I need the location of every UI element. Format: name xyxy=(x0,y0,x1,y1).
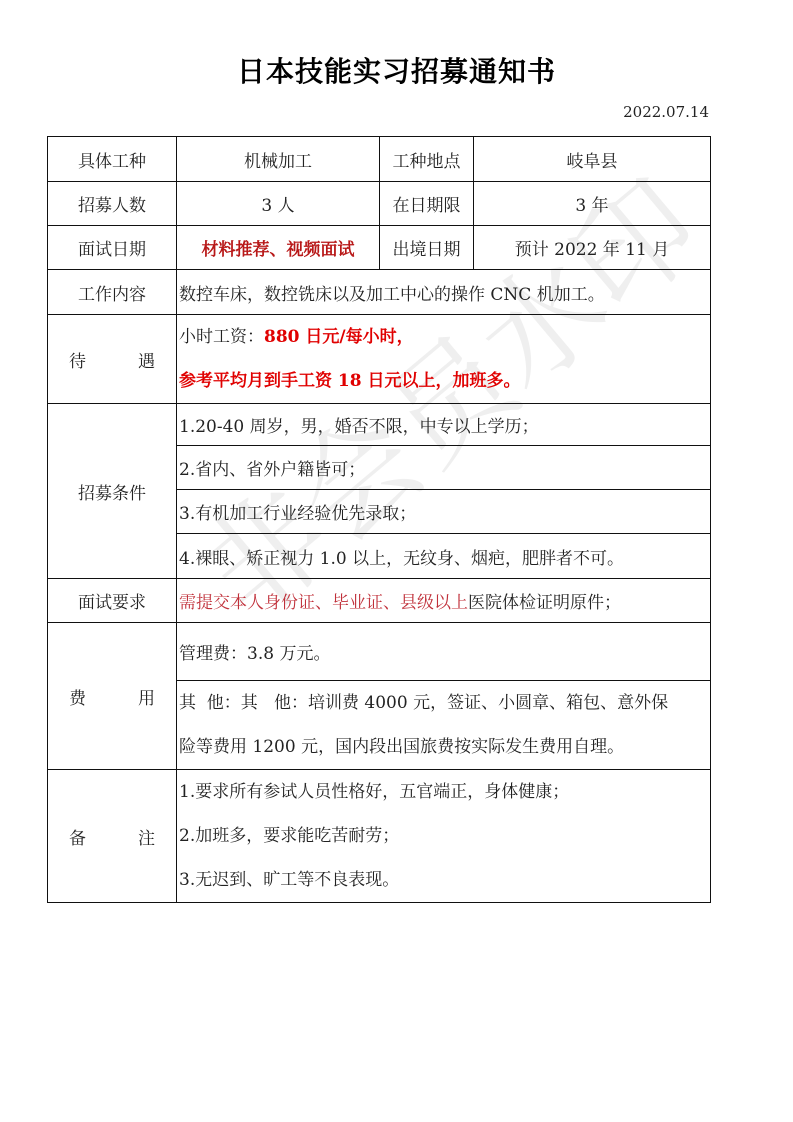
table-row: 工作内容 数控车床，数控铣床以及加工中心的操作 CNC 机加工。 xyxy=(48,270,711,315)
departure-value: 预计 2022 年 11 月 xyxy=(474,226,711,270)
fees-other: 其 他：其 他：培训费 4000 元，签证、小圆章、箱包、意外保 险等费用 12… xyxy=(177,681,711,770)
table-row: 招募人数 3 人 在日期限 3 年 xyxy=(48,182,711,226)
headcount-label: 招募人数 xyxy=(48,182,177,226)
table-row: 备注 1.要求所有参试人员性格好，五官端正，身体健康； 2.加班多，要求能吃苦耐… xyxy=(48,770,711,903)
table-row: 面试要求 需提交本人身份证、毕业证、县级以上医院体检证明原件； xyxy=(48,579,711,623)
interview-date-value: 材料推荐、视频面试 xyxy=(177,226,380,270)
notes-label-char-1: 备 xyxy=(69,829,86,849)
job-type-value: 机械加工 xyxy=(177,137,380,182)
interview-date-label: 面试日期 xyxy=(48,226,177,270)
departure-label: 出境日期 xyxy=(380,226,474,270)
requirement-item: 3.有机加工行业经验优先录取； xyxy=(177,490,711,534)
pay-monthly-line: 参考平均月到手工资 18 日元以上，加班多。 xyxy=(179,359,710,403)
fees-label-char-1: 费 xyxy=(69,689,86,709)
pay-label-char-2: 遇 xyxy=(138,352,155,372)
table-row: 费用 管理费：3.8 万元。 xyxy=(48,623,711,681)
note-item: 2.加班多，要求能吃苦耐劳； xyxy=(179,814,710,858)
interview-req-value: 需提交本人身份证、毕业证、县级以上医院体检证明原件； xyxy=(177,579,711,623)
table-row: 具体工种 机械加工 工种地点 岐阜县 xyxy=(48,137,711,182)
interview-req-label: 面试要求 xyxy=(48,579,177,623)
requirement-item: 1.20-40 周岁，男，婚否不限，中专以上学历； xyxy=(177,404,711,446)
fees-management: 管理费：3.8 万元。 xyxy=(177,623,711,681)
work-content-value: 数控车床，数控铣床以及加工中心的操作 CNC 机加工。 xyxy=(177,270,711,315)
fees-label: 费用 xyxy=(48,623,177,770)
document-date: 2022.07.14 xyxy=(623,103,709,121)
notes-cell: 1.要求所有参试人员性格好，五官端正，身体健康； 2.加班多，要求能吃苦耐劳； … xyxy=(177,770,711,903)
notes-label: 备注 xyxy=(48,770,177,903)
table-row: 待遇 小时工资：880 日元/每小时， 参考平均月到手工资 18 日元以上，加班… xyxy=(48,315,711,404)
fees-other-line-1: 其 他：其 他：培训费 4000 元，签证、小圆章、箱包、意外保 xyxy=(179,681,710,725)
requirements-label: 招募条件 xyxy=(48,404,177,579)
location-value: 岐阜县 xyxy=(474,137,711,182)
headcount-value: 3 人 xyxy=(177,182,380,226)
pay-cell: 小时工资：880 日元/每小时， 参考平均月到手工资 18 日元以上，加班多。 xyxy=(177,315,711,404)
recruitment-table: 具体工种 机械加工 工种地点 岐阜县 招募人数 3 人 在日期限 3 年 面试日… xyxy=(47,136,711,903)
interview-req-medical: 医院体检证明原件； xyxy=(468,593,621,613)
pay-hourly-prefix: 小时工资： xyxy=(179,327,264,347)
requirement-item: 4.裸眼、矫正视力 1.0 以上，无纹身、烟疤，肥胖者不可。 xyxy=(177,534,711,579)
notes-label-char-2: 注 xyxy=(138,829,155,849)
term-label: 在日期限 xyxy=(380,182,474,226)
interview-req-documents: 需提交本人身份证、毕业证、县级以上 xyxy=(179,593,468,613)
term-value: 3 年 xyxy=(474,182,711,226)
pay-hourly-line: 小时工资：880 日元/每小时， xyxy=(179,315,710,359)
document-title: 日本技能实习招募通知书 xyxy=(0,50,793,90)
fees-other-line-2: 险等费用 1200 元，国内段出国旅费按实际发生费用自理。 xyxy=(179,725,710,769)
pay-hourly-value: 880 日元/每小时， xyxy=(264,327,414,347)
note-item: 1.要求所有参试人员性格好，五官端正，身体健康； xyxy=(179,770,710,814)
location-label: 工种地点 xyxy=(380,137,474,182)
note-item: 3.无迟到、旷工等不良表现。 xyxy=(179,858,710,902)
work-content-label: 工作内容 xyxy=(48,270,177,315)
pay-label: 待遇 xyxy=(48,315,177,404)
job-type-label: 具体工种 xyxy=(48,137,177,182)
fees-label-char-2: 用 xyxy=(138,689,155,709)
table-row: 面试日期 材料推荐、视频面试 出境日期 预计 2022 年 11 月 xyxy=(48,226,711,270)
requirement-item: 2.省内、省外户籍皆可； xyxy=(177,446,711,490)
table-row: 招募条件 1.20-40 周岁，男，婚否不限，中专以上学历； xyxy=(48,404,711,446)
pay-label-char-1: 待 xyxy=(69,352,86,372)
